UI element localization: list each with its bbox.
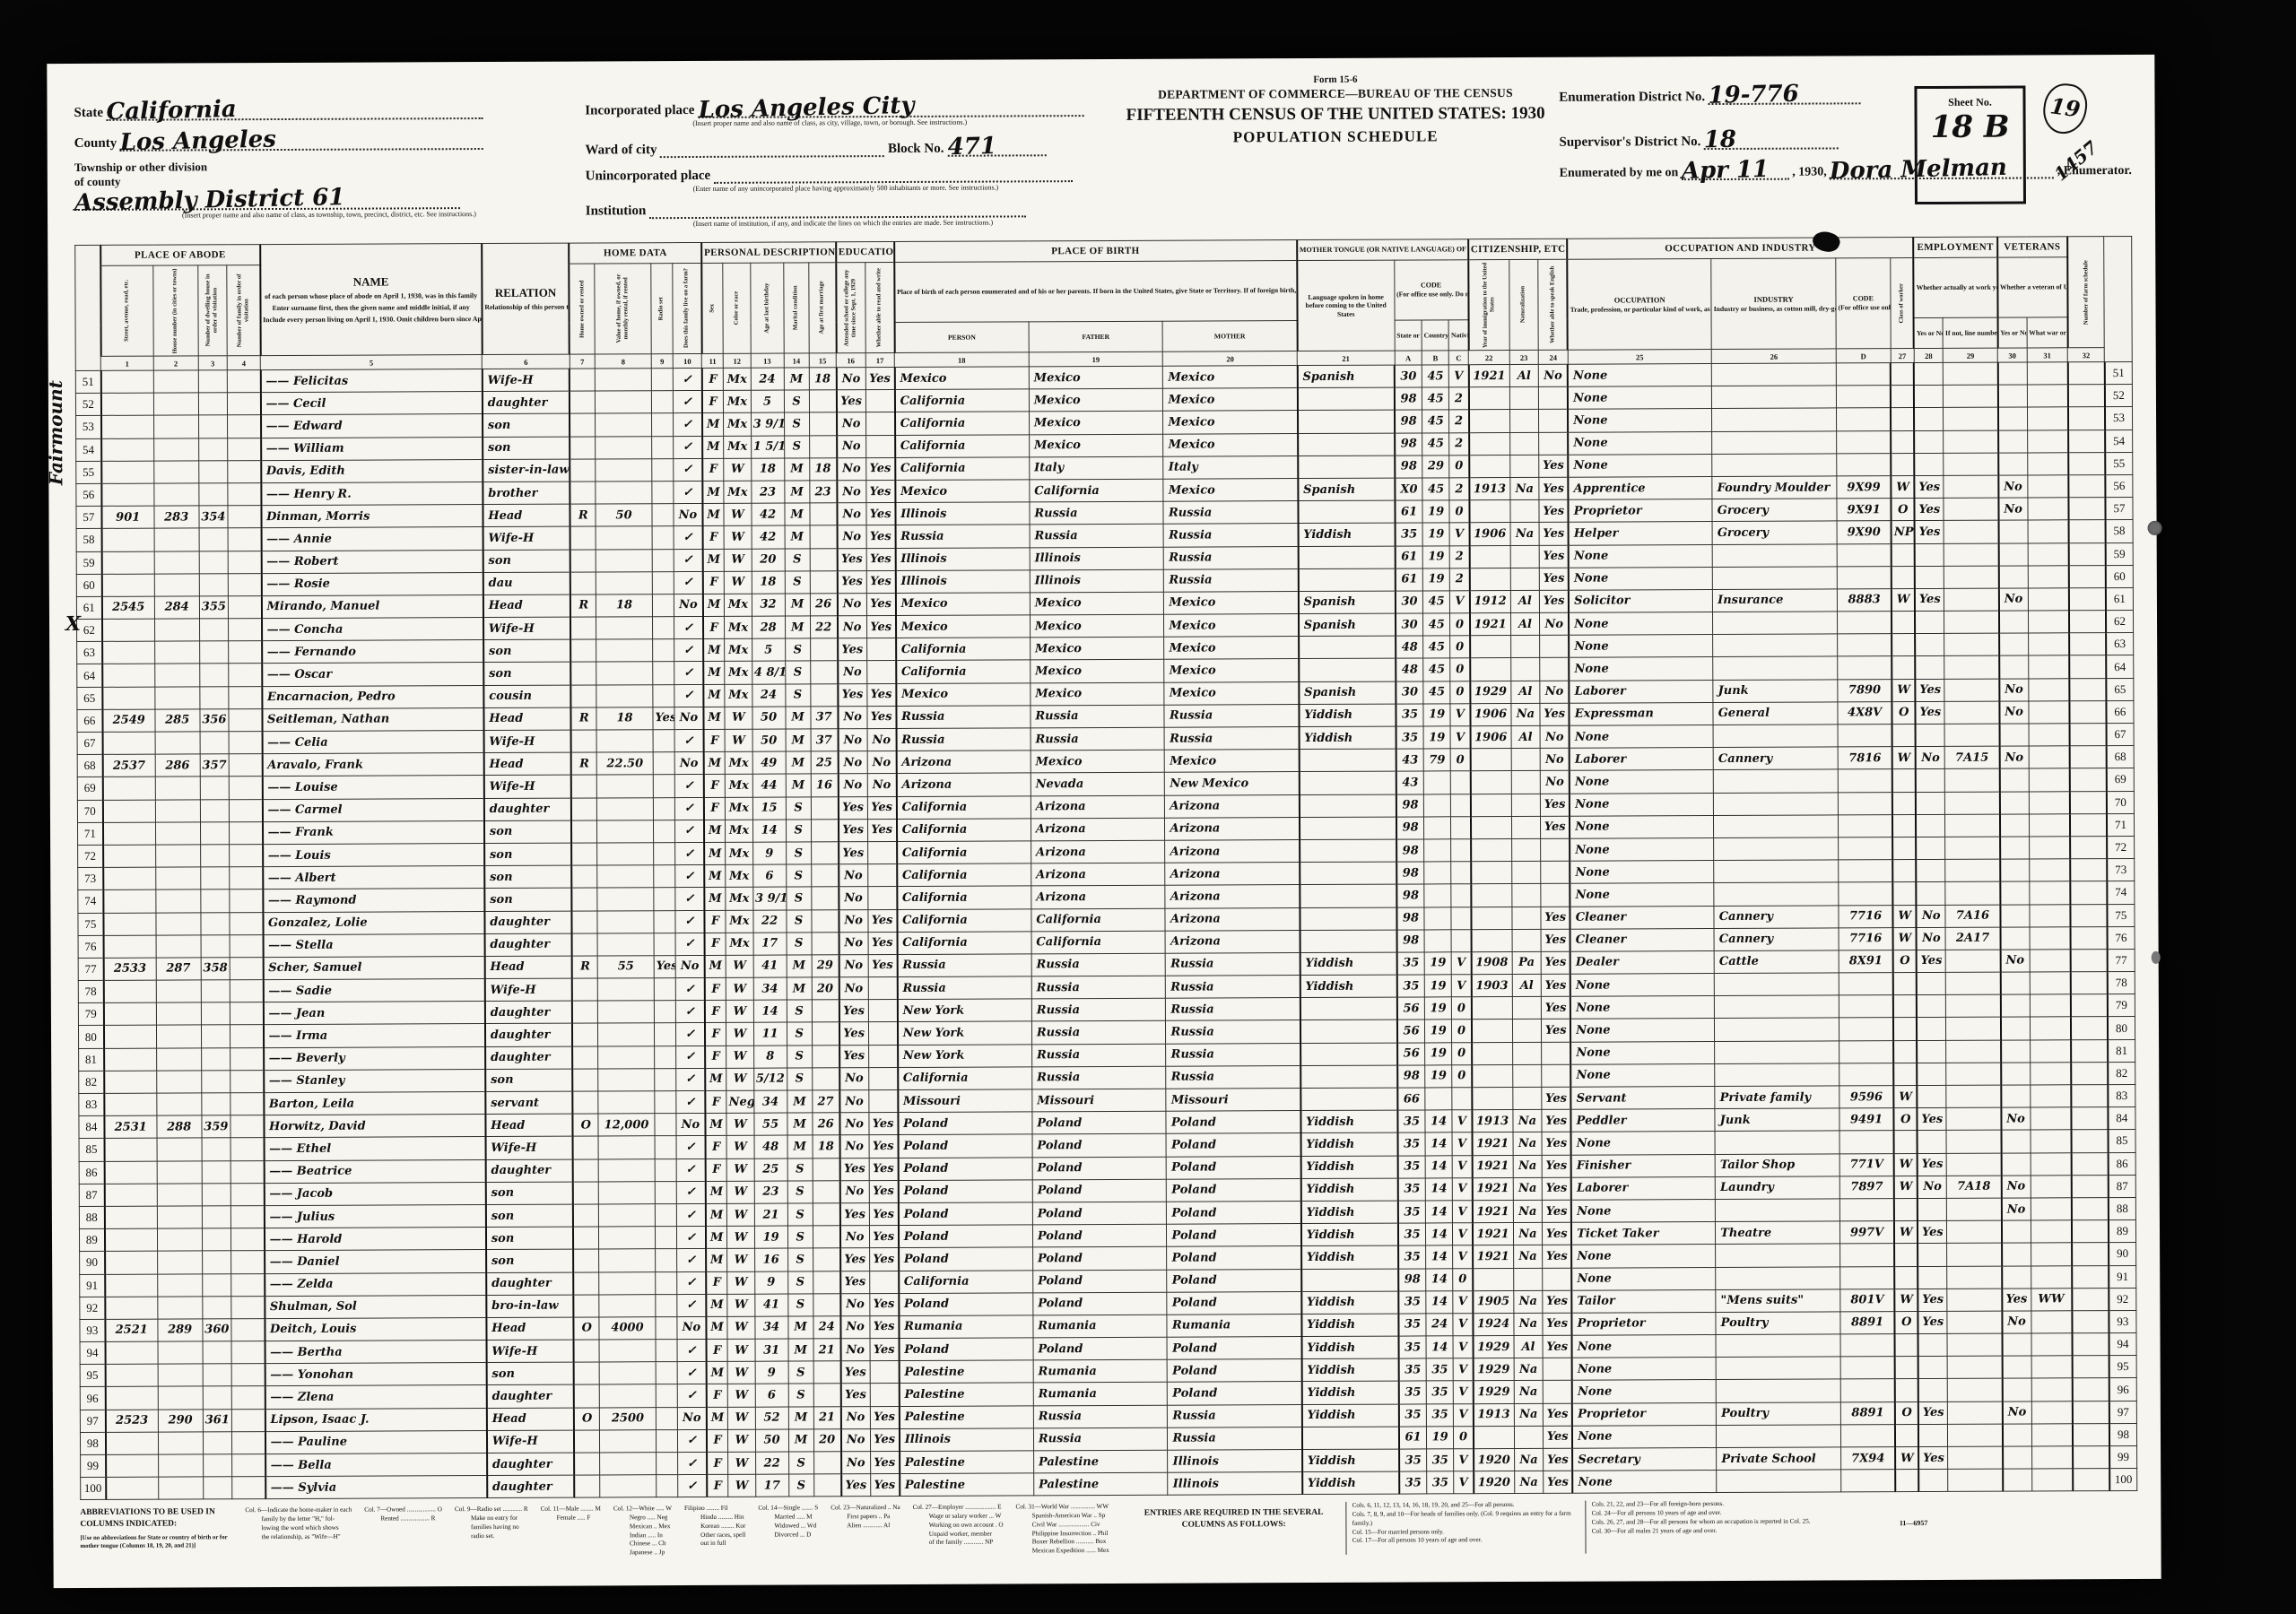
age-first-marriage bbox=[812, 1022, 839, 1045]
birthplace-father: Mexico bbox=[1030, 637, 1164, 660]
mother-tongue: Yiddish bbox=[1302, 1449, 1400, 1472]
marital-condition: M bbox=[786, 729, 811, 751]
dwelling-number bbox=[198, 415, 228, 438]
class-of-worker bbox=[1892, 725, 1916, 747]
mother-tongue: Spanish bbox=[1299, 613, 1396, 637]
birthplace-father: Mexico bbox=[1029, 412, 1163, 435]
code-a: 98 bbox=[1396, 862, 1423, 884]
dwelling-number bbox=[200, 732, 230, 754]
birthplace-mother: Russia bbox=[1166, 1043, 1300, 1066]
farm-schedule bbox=[2072, 1333, 2109, 1356]
radio-set bbox=[654, 910, 675, 933]
immigration-year: 1913 bbox=[1472, 1110, 1513, 1132]
farm-schedule bbox=[2069, 700, 2106, 723]
house-number bbox=[154, 619, 199, 641]
naturalization: Na bbox=[1513, 1110, 1543, 1132]
code-d: 7716 bbox=[1839, 927, 1893, 950]
abbreviation-block: Col. 12—White ..... WNegro ..... NegMexi… bbox=[613, 1505, 672, 1558]
code-a: 30 bbox=[1395, 365, 1422, 387]
line-number-right: 97 bbox=[2109, 1401, 2137, 1423]
worked-yesterday bbox=[1915, 453, 1944, 475]
column-number: 12 bbox=[724, 353, 751, 368]
code-a: 35 bbox=[1398, 1291, 1425, 1314]
mother-tongue bbox=[1299, 636, 1396, 659]
name: —— Raymond bbox=[263, 889, 484, 912]
immigration-year: 1921 bbox=[1472, 1155, 1513, 1177]
line-number-right: 58 bbox=[2105, 520, 2133, 542]
immigration-year bbox=[1470, 771, 1511, 794]
sup-district-input: 18 bbox=[1704, 127, 1839, 150]
attended-school: No bbox=[838, 706, 867, 728]
home-owned-rented bbox=[571, 662, 596, 684]
color-race: W bbox=[727, 1203, 754, 1226]
read-write: Yes bbox=[869, 1248, 899, 1271]
line-number-right: 54 bbox=[2105, 430, 2133, 452]
mother-tongue: Yiddish bbox=[1300, 1132, 1398, 1156]
color-race: Mx bbox=[724, 481, 751, 503]
code-d bbox=[1837, 566, 1892, 588]
birthplace-father: Palestine bbox=[1033, 1472, 1168, 1496]
name: —— Yonohan bbox=[265, 1363, 486, 1386]
speaks-english: Yes bbox=[1543, 1200, 1572, 1222]
worked-yesterday bbox=[1914, 386, 1944, 408]
relation: son bbox=[484, 865, 572, 889]
speaks-english: Yes bbox=[1543, 1222, 1572, 1245]
speaks-english bbox=[1541, 838, 1570, 861]
color-race: W bbox=[726, 1136, 753, 1158]
class-of-worker: W bbox=[1892, 679, 1916, 701]
age: 20 bbox=[752, 549, 785, 571]
age-first-marriage bbox=[813, 1226, 840, 1248]
township-label: Township or other division of county bbox=[74, 160, 209, 189]
col-farm-schedule: Number of farm schedule bbox=[2067, 237, 2105, 348]
code-a: 35 bbox=[1399, 1471, 1426, 1494]
farm-schedule bbox=[2072, 1265, 2109, 1288]
code-d: 9491 bbox=[1839, 1108, 1894, 1131]
read-write: Yes bbox=[869, 1202, 899, 1225]
mother-tongue: Yiddish bbox=[1301, 1223, 1399, 1246]
speaks-english: Yes bbox=[1542, 1020, 1571, 1042]
color-race: W bbox=[728, 1407, 755, 1429]
color-race: W bbox=[728, 1474, 755, 1497]
war bbox=[2029, 791, 2070, 813]
column-number: 9 bbox=[651, 354, 673, 369]
line-number: 82 bbox=[79, 1071, 104, 1093]
home-owned-rented bbox=[570, 437, 596, 459]
name: —— Julius bbox=[264, 1204, 485, 1228]
marital-condition: S bbox=[787, 1000, 812, 1022]
line-number: 60 bbox=[76, 574, 101, 596]
abbreviation-block: Col. 23—Naturalized .. NaFirst papers ..… bbox=[831, 1504, 900, 1557]
code-c: 2 bbox=[1449, 410, 1469, 432]
war bbox=[2028, 520, 2069, 542]
hole-punch bbox=[2148, 521, 2162, 535]
code-a: 35 bbox=[1396, 726, 1423, 749]
birthplace-person: California bbox=[896, 638, 1031, 661]
code-b: 19 bbox=[1423, 704, 1450, 726]
birthplace-mother: Arizona bbox=[1166, 930, 1300, 953]
marital-condition: S bbox=[787, 1203, 813, 1226]
birthplace-father: Mexico bbox=[1029, 366, 1163, 389]
marital-condition: M bbox=[784, 503, 809, 525]
read-write: Yes bbox=[865, 480, 895, 502]
unemployment-line bbox=[1947, 1266, 2002, 1289]
attended-school: Yes bbox=[839, 1045, 869, 1067]
veteran bbox=[2000, 927, 2030, 950]
marital-condition: S bbox=[785, 571, 810, 594]
color-race: W bbox=[726, 1158, 753, 1181]
code-d: 9X90 bbox=[1837, 521, 1892, 543]
war bbox=[2031, 1469, 2073, 1491]
war bbox=[2031, 1243, 2072, 1265]
county-value: Los Angeles bbox=[120, 132, 277, 152]
radio-set: Yes bbox=[653, 707, 674, 729]
veteran: Yes bbox=[2002, 1289, 2031, 1311]
dwelling-number bbox=[201, 912, 230, 934]
class-of-worker: W bbox=[1892, 588, 1915, 611]
farm-schedule bbox=[2073, 1401, 2109, 1423]
speaks-english: Yes bbox=[1540, 590, 1570, 612]
street bbox=[103, 867, 156, 889]
line-number: 68 bbox=[77, 755, 102, 777]
name: —— Carmel bbox=[262, 798, 483, 821]
war bbox=[2028, 542, 2069, 565]
township-input: Assembly District 61 bbox=[74, 187, 460, 211]
relation: daughter bbox=[485, 1024, 573, 1047]
code-b: 19 bbox=[1422, 545, 1449, 568]
birthplace-mother: Russia bbox=[1168, 1404, 1302, 1427]
farm: ✓ bbox=[675, 1023, 705, 1046]
worked-yesterday: Yes bbox=[1918, 1446, 1948, 1469]
line-number: 74 bbox=[78, 890, 103, 913]
code-b bbox=[1424, 862, 1451, 884]
naturalization: Pa bbox=[1512, 951, 1542, 974]
immigration-year: 1906 bbox=[1470, 703, 1511, 725]
color-race: W bbox=[726, 1046, 753, 1068]
birthplace-father: Rumania bbox=[1033, 1315, 1168, 1338]
abbreviation-block: Filipino ........ FilHindu ......... Hin… bbox=[684, 1505, 746, 1558]
worked-yesterday bbox=[1914, 430, 1944, 453]
birthplace-mother: Mexico bbox=[1164, 614, 1299, 638]
occupation: Dealer bbox=[1570, 950, 1715, 974]
code-b: 45 bbox=[1422, 432, 1449, 455]
code-c: 0 bbox=[1451, 749, 1471, 771]
radio-set bbox=[654, 1001, 675, 1023]
family-number bbox=[230, 799, 263, 821]
sex: F bbox=[705, 1046, 726, 1068]
attended-school: No bbox=[839, 1135, 869, 1158]
dwelling-number bbox=[200, 777, 230, 799]
column-number: 23 bbox=[1509, 350, 1539, 364]
war bbox=[2027, 385, 2068, 407]
age: 4 8/12 bbox=[752, 661, 785, 683]
immigration-year bbox=[1470, 749, 1511, 771]
read-write: No bbox=[867, 751, 897, 774]
birth-description: Place of birth of each person enumerated… bbox=[894, 261, 1297, 323]
dwelling-number bbox=[202, 1206, 231, 1228]
birthplace-father: Poland bbox=[1032, 1202, 1167, 1225]
immigration-year: 1913 bbox=[1469, 477, 1510, 499]
home-value: 4000 bbox=[599, 1317, 656, 1340]
entries-left: Cols. 6, 11, 12, 13, 14, 16, 18, 19, 20,… bbox=[1346, 1501, 1586, 1554]
line-number-col-right bbox=[2104, 236, 2132, 361]
birthplace-mother: Arizona bbox=[1165, 839, 1300, 863]
dwelling-number bbox=[200, 822, 230, 845]
war bbox=[2031, 1107, 2072, 1130]
unemployment-line bbox=[1947, 1333, 2002, 1356]
name: —— Zelda bbox=[265, 1272, 486, 1296]
mother-tongue: Spanish bbox=[1298, 478, 1396, 501]
sex: M bbox=[706, 1203, 727, 1226]
enumerated-by-field: Enumerated by me on Apr 11 , 1930, Dora … bbox=[1560, 157, 2132, 181]
birthplace-father: Poland bbox=[1032, 1179, 1167, 1202]
family-number bbox=[228, 573, 261, 595]
family-number bbox=[229, 686, 262, 708]
class-of-worker bbox=[1894, 1198, 1918, 1220]
read-write: Yes bbox=[870, 1315, 900, 1338]
unemployment-line: 7A15 bbox=[1944, 746, 1999, 768]
ward-block-field: Ward of city Block No. 471 bbox=[585, 134, 1112, 159]
occupation: None bbox=[1569, 612, 1713, 636]
house-number bbox=[157, 1273, 202, 1296]
code-d bbox=[1840, 1266, 1895, 1289]
code-b: 45 bbox=[1423, 658, 1450, 681]
form-header: State California County Los Angeles Town… bbox=[74, 67, 2132, 239]
class-of-worker: W bbox=[1894, 1086, 1918, 1108]
veteran bbox=[2002, 1378, 2031, 1401]
class-of-worker: W bbox=[1895, 1447, 1918, 1470]
code-d bbox=[1840, 1424, 1895, 1446]
line-number: 53 bbox=[76, 416, 101, 438]
dwelling-number bbox=[199, 573, 229, 595]
house-number bbox=[158, 1477, 203, 1499]
attended-school: Yes bbox=[840, 1248, 870, 1271]
block-input: 471 bbox=[947, 134, 1046, 156]
unemployment-line bbox=[1947, 1289, 2002, 1311]
mother-tongue bbox=[1298, 433, 1396, 456]
birthplace-person: California bbox=[896, 660, 1031, 683]
street bbox=[106, 1454, 159, 1477]
census-sheet: State California County Los Angeles Town… bbox=[47, 55, 2161, 1588]
farm: ✓ bbox=[673, 413, 702, 436]
class-of-worker bbox=[1895, 1424, 1918, 1446]
street bbox=[105, 1341, 158, 1364]
group-home-data: HOME DATA bbox=[570, 242, 702, 264]
color-race: Mx bbox=[726, 933, 752, 955]
sex: F bbox=[706, 1271, 727, 1294]
code-d bbox=[1839, 995, 1893, 1018]
group-education: EDUCATION bbox=[836, 242, 894, 263]
read-write: Yes bbox=[870, 1339, 900, 1361]
unemployment-line bbox=[1947, 1356, 2002, 1378]
line-number-right: 63 bbox=[2106, 633, 2134, 655]
worked-yesterday: Yes bbox=[1917, 950, 1946, 972]
farm-schedule bbox=[2070, 904, 2107, 926]
attended-school: Yes bbox=[839, 1022, 869, 1045]
radio-set bbox=[655, 1204, 676, 1227]
unemployment-line bbox=[1946, 1040, 2001, 1063]
birthplace-father: Arizona bbox=[1031, 863, 1166, 886]
house-number bbox=[155, 867, 200, 889]
industry bbox=[1716, 1266, 1840, 1289]
code-c: 2 bbox=[1449, 432, 1469, 455]
speaks-english bbox=[1541, 861, 1570, 883]
code-b: 19 bbox=[1424, 1020, 1451, 1042]
x-mark: X bbox=[65, 612, 81, 636]
line-number: 99 bbox=[81, 1454, 106, 1477]
occupation: Expressman bbox=[1570, 702, 1714, 725]
naturalization bbox=[1509, 432, 1539, 455]
read-write: Yes bbox=[869, 1135, 899, 1158]
family-number bbox=[231, 1364, 265, 1386]
war bbox=[2030, 1017, 2071, 1039]
line-number-right: 96 bbox=[2109, 1378, 2137, 1401]
industry bbox=[1712, 430, 1837, 454]
worked-yesterday bbox=[1918, 1085, 1947, 1107]
radio-set bbox=[656, 1362, 677, 1384]
speaks-english: Yes bbox=[1539, 477, 1569, 499]
birthplace-mother: Mexico bbox=[1163, 366, 1298, 389]
col-vet-yesno: Yes or No bbox=[1997, 317, 2027, 348]
mother-tongue bbox=[1300, 907, 1397, 931]
street: 901 bbox=[101, 506, 154, 528]
worked-yesterday bbox=[1918, 1333, 1948, 1356]
class-of-worker bbox=[1892, 612, 1915, 634]
read-write: Yes bbox=[869, 1180, 899, 1202]
name: —— Oscar bbox=[262, 663, 483, 686]
industry bbox=[1716, 1357, 1840, 1380]
speaks-english: Yes bbox=[1544, 1426, 1573, 1448]
mother-tongue bbox=[1298, 500, 1396, 524]
street bbox=[104, 1071, 157, 1093]
code-c: V bbox=[1453, 1201, 1473, 1223]
age-first-marriage bbox=[810, 548, 838, 570]
line-number-right: 79 bbox=[2108, 994, 2135, 1017]
code-b: 35 bbox=[1426, 1358, 1453, 1381]
veteran bbox=[2000, 972, 2030, 994]
home-value bbox=[597, 1001, 654, 1023]
farm-schedule bbox=[2071, 994, 2108, 1017]
veteran bbox=[2002, 1243, 2031, 1265]
relation: son bbox=[486, 1182, 574, 1205]
home-value bbox=[597, 888, 654, 910]
column-number: 27 bbox=[1891, 349, 1914, 363]
house-number bbox=[158, 1364, 203, 1386]
street bbox=[105, 1228, 158, 1251]
code-a: 35 bbox=[1398, 1178, 1425, 1201]
unemployment-line bbox=[1946, 1131, 2001, 1153]
read-write: Yes bbox=[870, 1474, 900, 1497]
name: —— Bertha bbox=[265, 1341, 486, 1364]
birthplace-father: Palestine bbox=[1033, 1450, 1168, 1473]
occupation: None bbox=[1570, 725, 1714, 749]
sex: M bbox=[706, 1294, 727, 1316]
code-d bbox=[1840, 1244, 1895, 1266]
dwelling-number bbox=[200, 889, 230, 912]
marital-condition: M bbox=[787, 1113, 812, 1135]
home-owned-rented bbox=[571, 775, 596, 797]
immigration-year bbox=[1469, 545, 1510, 568]
relation: son bbox=[486, 1204, 574, 1228]
immigration-year bbox=[1469, 432, 1510, 455]
farm-schedule bbox=[2067, 362, 2104, 385]
house-number bbox=[156, 1025, 201, 1047]
code-a: 98 bbox=[1396, 794, 1423, 817]
line-number: 72 bbox=[78, 845, 103, 867]
column-number: 31 bbox=[2027, 348, 2068, 362]
mother-tongue: Yiddish bbox=[1301, 1336, 1399, 1359]
department-title: DEPARTMENT OF COMMERCE—BUREAU OF THE CEN… bbox=[1112, 86, 1560, 102]
age: 8 bbox=[753, 1046, 787, 1068]
veteran: No bbox=[1998, 588, 2028, 611]
naturalization: Na bbox=[1514, 1403, 1544, 1426]
name: —— Albert bbox=[263, 866, 484, 889]
attended-school: Yes bbox=[837, 570, 866, 593]
home-value bbox=[596, 775, 653, 797]
marital-condition: S bbox=[786, 909, 811, 932]
line-number-right: 83 bbox=[2108, 1084, 2135, 1106]
line-number: 87 bbox=[79, 1184, 104, 1206]
immigration-year bbox=[1470, 794, 1511, 816]
relation: bro-in-law bbox=[486, 1295, 574, 1318]
birthplace-mother: Arizona bbox=[1165, 794, 1300, 818]
read-write bbox=[868, 1000, 898, 1022]
dwelling-number bbox=[203, 1432, 232, 1454]
name: —— Concha bbox=[262, 618, 483, 641]
dwelling-number bbox=[200, 845, 230, 867]
marital-condition: S bbox=[788, 1452, 813, 1474]
column-number: A bbox=[1395, 351, 1422, 365]
family-number bbox=[230, 1025, 264, 1047]
class-of-worker: O bbox=[1894, 1108, 1918, 1131]
abbreviations-note: [Use no abbreviations for State or count… bbox=[80, 1533, 232, 1550]
industry: "Mens suits" bbox=[1716, 1289, 1840, 1313]
worked-yesterday: Yes bbox=[1918, 1311, 1948, 1333]
col-home-value: Value of home, if owned, or monthly rent… bbox=[595, 264, 651, 354]
immigration-year bbox=[1468, 387, 1509, 410]
color-race: W bbox=[726, 1113, 753, 1135]
col-code-c: Nativity bbox=[1448, 320, 1468, 351]
birthplace-person: Poland bbox=[899, 1202, 1033, 1226]
occupation: None bbox=[1570, 815, 1714, 838]
print-code: 11—6957 bbox=[1900, 1519, 1928, 1527]
veteran bbox=[1998, 407, 2028, 430]
column-number: 4 bbox=[227, 356, 260, 370]
farm: ✓ bbox=[674, 571, 703, 594]
line-number-right: 90 bbox=[2109, 1243, 2136, 1265]
code-b: 14 bbox=[1425, 1155, 1452, 1177]
industry bbox=[1716, 1244, 1840, 1267]
speaks-english: Yes bbox=[1542, 996, 1571, 1019]
class-of-worker bbox=[1895, 1357, 1918, 1379]
radio-set: Yes bbox=[654, 955, 675, 977]
mother-tongue bbox=[1298, 410, 1396, 433]
birthplace-person: Palestine bbox=[900, 1451, 1034, 1474]
line-number: 88 bbox=[79, 1206, 104, 1228]
age: 24 bbox=[752, 684, 785, 707]
relation: sister-in-law bbox=[483, 459, 570, 482]
home-owned-rented bbox=[571, 639, 596, 662]
street bbox=[102, 641, 155, 664]
relation: Wife-H bbox=[484, 775, 572, 798]
code-a: 35 bbox=[1398, 1201, 1425, 1223]
age: 6 bbox=[752, 864, 786, 887]
occupation: Peddler bbox=[1571, 1109, 1716, 1132]
birthplace-mother: Russia bbox=[1164, 568, 1299, 592]
dwelling-number bbox=[203, 1477, 232, 1499]
birthplace-father: California bbox=[1031, 931, 1166, 954]
col-sex: Sex bbox=[701, 263, 723, 353]
